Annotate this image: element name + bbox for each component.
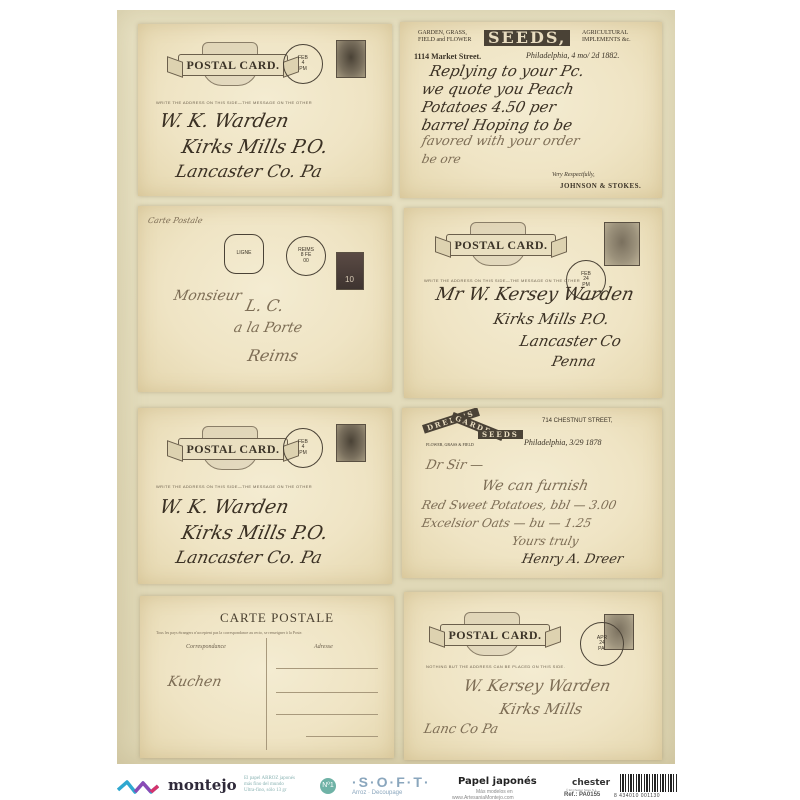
postmark-octagonal: LIGNE	[224, 234, 264, 274]
address-line: W. Kersey Warden	[462, 676, 613, 695]
address-line: Penna	[550, 354, 597, 370]
postal-card-1: POSTAL CARD. FEB 4 PM WRITE THE ADDRESS …	[138, 24, 392, 196]
postal-card-8: POSTAL CARD. APR 24 PA. NOTHING BUT THE …	[404, 592, 662, 760]
stamp-icon	[336, 424, 366, 462]
postmark: APR 24 PA.	[580, 622, 624, 666]
stamp-icon: 10	[336, 252, 364, 290]
message-line: favored with your order	[420, 134, 580, 149]
paper-note-line: Ultra-fino, sólo 13 gr	[244, 788, 295, 794]
letter-signature: Henry A. Dreer	[520, 552, 624, 567]
header-line: IMPLEMENTS &c.	[582, 37, 631, 44]
stamp-icon	[336, 40, 366, 78]
header-line: GARDEN, GRASS,	[418, 30, 471, 37]
message-line: Replying to your Pc.	[428, 62, 586, 80]
adresse-label: Adresse	[314, 644, 333, 650]
address-line: Lancaster Co	[518, 332, 623, 350]
product-footer: montejo El papel ARROZ japonés más fino …	[0, 764, 800, 800]
place-date: Philadelphia, 3/29 1878	[524, 438, 602, 447]
closing: Very Respectfully,	[552, 172, 595, 178]
postmark-time: PM	[299, 451, 307, 457]
address-line: Lancaster Co. Pa	[174, 162, 324, 182]
message-line: Dr Sir —	[424, 458, 484, 473]
address-line: Kirks Mills	[498, 700, 584, 718]
address-line: Kirks Mills P.O.	[180, 522, 330, 544]
address-line: L. C.	[244, 296, 286, 315]
postmark: FEB 4 PM	[283, 428, 323, 468]
address-line-rule	[306, 736, 378, 737]
address-line: Reims	[246, 346, 300, 365]
message-line: Potatoes 4.50 per	[420, 98, 558, 116]
address-line: W. K. Warden	[158, 496, 291, 518]
postal-note: WRITE THE ADDRESS ON THIS SIDE—THE MESSA…	[156, 100, 312, 105]
postmark-time: PM	[299, 67, 307, 73]
message-line: Red Sweet Potatoes, bbl — 3.00	[421, 498, 618, 512]
address-line: Mr W. Kersey Warden	[434, 284, 636, 305]
seeds-brand: SEEDS,	[484, 30, 570, 46]
address-line: a la Porte	[232, 320, 303, 336]
postal-card-banner: POSTAL CARD.	[440, 624, 550, 646]
postal-card-banner: POSTAL CARD.	[178, 54, 288, 76]
carte-postale-card: CARTE POSTALE Tous les pays étrangers n'…	[140, 596, 394, 758]
address-line: Kirks Mills P.O.	[492, 310, 611, 328]
postal-note: WRITE THE ADDRESS ON THIS SIDE—THE MESSA…	[424, 278, 580, 283]
postmark-year: 00	[303, 259, 309, 265]
postal-card-banner: POSTAL CARD.	[446, 234, 556, 256]
address-line: Monsieur	[172, 288, 243, 304]
montejo-brand: montejo	[168, 776, 237, 794]
logo-word: SEEDS	[478, 430, 523, 439]
stamp-icon	[604, 222, 640, 266]
montejo-logo-icon	[117, 780, 159, 796]
message-line: barrel Hoping to be	[420, 116, 574, 134]
postal-card-5: POSTAL CARD. FEB 4 PM WRITE THE ADDRESS …	[138, 408, 392, 584]
postmark-reims: REIMS 8 FE 00	[286, 236, 326, 276]
carte-postale-subtitle: Tous les pays étrangers n'acceptent pas …	[156, 630, 302, 635]
address-line-rule	[276, 714, 378, 715]
postmark-text: LIGNE	[236, 251, 251, 257]
place-date: Philadelphia, 4 mo/ 2d 1882.	[526, 51, 619, 60]
barcode-number: 8 434010 001130	[614, 793, 660, 799]
message-line: Yours truly	[511, 534, 580, 548]
stamp-value: 10	[345, 275, 354, 284]
message-line: we quote you Peach	[420, 80, 576, 98]
address-line-rule	[276, 692, 378, 693]
product-title: Papel japonés	[458, 776, 537, 787]
message-line: Excelsior Oats — bu — 1.25	[421, 516, 593, 530]
postal-card-4: POSTAL CARD. FEB 24 PM WRITE THE ADDRESS…	[404, 208, 662, 398]
divider	[266, 638, 267, 750]
postal-card-banner: POSTAL CARD.	[178, 438, 288, 460]
paper-note: El papel ARROZ japonés más fino del mund…	[244, 776, 295, 794]
number-one-badge: Nº1	[320, 778, 336, 794]
product-ref: Ref.: PA0155	[564, 792, 600, 798]
letterhead-left: GARDEN, GRASS, FIELD and FLOWER	[418, 30, 471, 44]
barcode-icon	[620, 774, 678, 792]
address-line: Kirks Mills P.O.	[180, 136, 330, 158]
header-line: FIELD and FLOWER	[418, 37, 471, 44]
french-envelope-card: Carte Postale LIGNE REIMS 8 FE 00 10 Mon…	[138, 206, 392, 392]
postmark-state: PA.	[598, 647, 606, 653]
postmark: FEB 4 PM	[283, 44, 323, 84]
message-line: We can furnish	[480, 478, 590, 494]
address-line: W. K. Warden	[158, 110, 291, 132]
seed-letter-card: GARDEN, GRASS, FIELD and FLOWER SEEDS, A…	[400, 22, 662, 198]
header-line: AGRICULTURAL	[582, 30, 631, 37]
dreer-seed-letter-card: DREER'S GARDEN SEEDS FLOWER, GRASS & FIE…	[402, 408, 662, 578]
correspondance-label: Correspondance	[186, 644, 226, 650]
corner-note: Carte Postale	[147, 216, 203, 225]
address-line-rule	[276, 668, 378, 669]
street-address: 714 CHESTNUT STREET,	[542, 418, 613, 424]
soft-line-sub: Arroz · Decoupage	[352, 790, 402, 796]
letterhead-right: AGRICULTURAL IMPLEMENTS &c.	[582, 30, 631, 44]
card-signature: Kuchen	[166, 674, 223, 690]
chester-logo: chester	[572, 778, 610, 788]
website-link[interactable]: www.ArtesaniaMontejo.com	[452, 795, 514, 800]
dreer-logo: DREER'S GARDEN SEEDS FLOWER, GRASS & FIE…	[414, 416, 514, 448]
letter-signature: JOHNSON & STOKES.	[560, 182, 641, 190]
logo-sub: FLOWER, GRASS & FIELD	[426, 442, 474, 447]
postal-note: NOTHING BUT THE ADDRESS CAN BE PLACED ON…	[426, 664, 565, 669]
message-line: be ore	[421, 152, 463, 166]
address-line: Lanc Co Pa	[422, 722, 499, 737]
address-line: Lancaster Co. Pa	[174, 548, 324, 568]
soft-line-logo: ·S·O·F·T·	[352, 774, 431, 790]
street-address: 1114 Market Street.	[414, 52, 481, 61]
carte-postale-title: CARTE POSTALE	[220, 610, 334, 626]
postal-note: WRITE THE ADDRESS ON THIS SIDE—THE MESSA…	[156, 484, 312, 489]
